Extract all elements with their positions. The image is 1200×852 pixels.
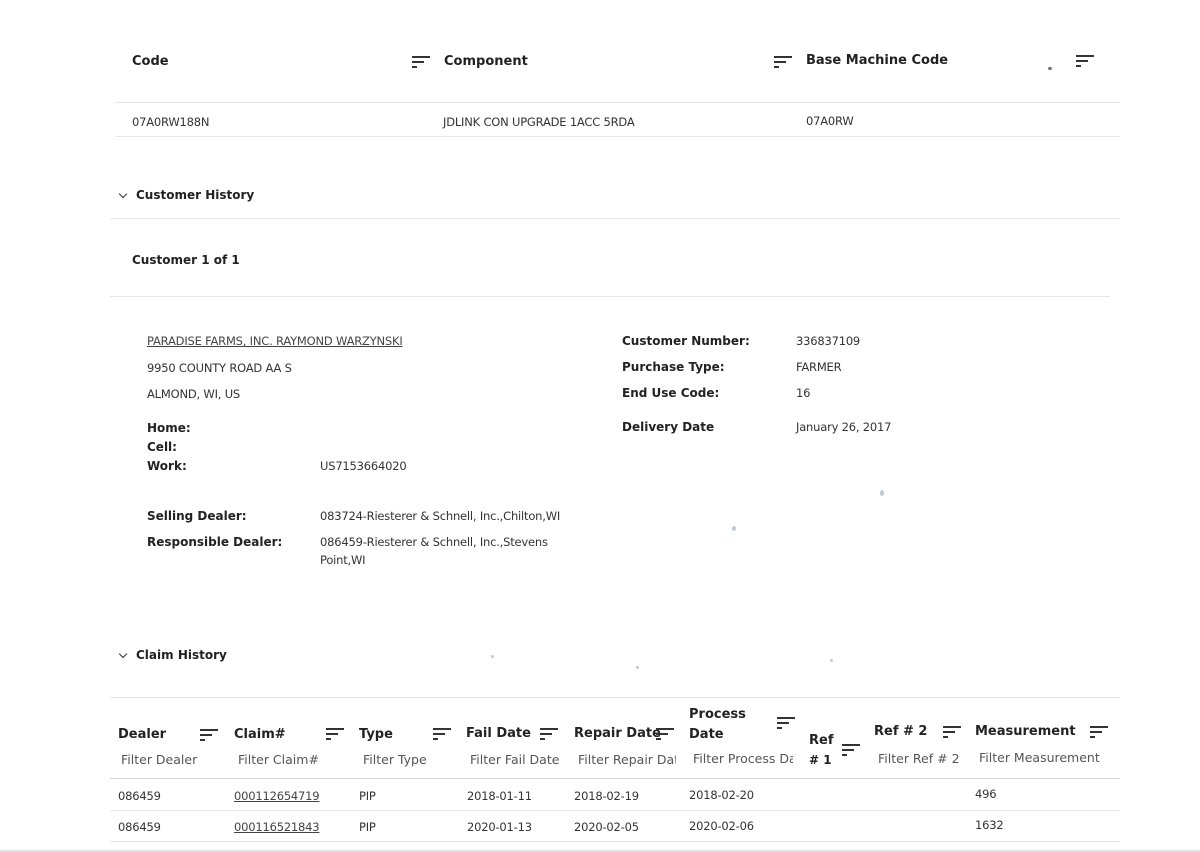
address-line-1: 9950 COUNTY ROAD AA S [147,361,292,375]
end-use-code-value: 16 [796,386,810,400]
filter-process-date-input[interactable]: Filter Process Date [693,751,793,766]
scan-speck [1048,67,1052,70]
cell-type: PIP [359,820,376,834]
sort-icon[interactable] [200,728,218,742]
sort-icon[interactable] [656,727,674,741]
responsible-dealer-value-line2: Point,WI [320,553,365,567]
filter-measurement-input[interactable]: Filter Measurement [979,750,1107,765]
cell-measurement: 496 [975,787,996,801]
column-header-code[interactable]: Code [132,54,169,69]
sort-icon[interactable] [326,727,344,741]
divider [110,841,1120,842]
column-header-fail-date[interactable]: Fail Date [466,726,531,741]
divider [115,136,1120,137]
cell-dealer: 086459 [118,820,161,834]
sort-icon[interactable] [433,727,451,741]
cell-code: 07A0RW188N [132,115,209,129]
customer-name-link[interactable]: PARADISE FARMS, INC. RAYMOND WARZYNSKI [147,334,403,348]
sort-icon[interactable] [774,55,792,69]
scan-speck [636,666,639,669]
column-header-base-machine-code[interactable]: Base Machine Code [806,53,948,68]
phone-cell-label: Cell: [147,440,177,454]
column-header-ref2[interactable]: Ref # 2 [874,724,927,739]
column-header-process-date-line1[interactable]: Process [689,707,746,722]
sort-icon[interactable] [412,55,430,69]
selling-dealer-label: Selling Dealer: [147,509,247,523]
responsible-dealer-value-line1: 086459-Riesterer & Schnell, Inc.,Stevens [320,535,548,549]
scan-speck [491,655,494,658]
cell-repair-date: 2018-02-19 [574,789,639,803]
address-line-2: ALMOND, WI, US [147,387,240,401]
column-header-type[interactable]: Type [359,727,393,742]
section-title-claim-history[interactable]: Claim History [136,648,227,662]
filter-claim-input[interactable]: Filter Claim# [238,752,338,767]
column-header-component[interactable]: Component [444,54,528,69]
filter-repair-date-input[interactable]: Filter Repair Date [578,752,676,767]
divider [110,218,1120,219]
delivery-date-label: Delivery Date [622,420,714,434]
phone-work-label: Work: [147,459,187,473]
sort-icon[interactable] [1076,54,1094,68]
chevron-down-icon[interactable] [118,191,128,201]
selling-dealer-value: 083724-Riesterer & Schnell, Inc.,Chilton… [320,509,560,523]
column-header-dealer[interactable]: Dealer [118,727,166,742]
section-title-customer-history[interactable]: Customer History [136,188,254,202]
sort-icon[interactable] [1090,725,1108,739]
column-header-repair-date[interactable]: Repair Date [574,726,661,741]
sort-icon[interactable] [842,743,860,757]
filter-dealer-input[interactable]: Filter Dealer [121,752,221,767]
customer-number-value: 336837109 [796,334,860,348]
phone-home-label: Home: [147,421,191,435]
cell-fail-date: 2020-01-13 [467,820,532,834]
scan-speck [830,659,833,662]
purchase-type-label: Purchase Type: [622,360,725,374]
column-header-process-date-line2[interactable]: Date [689,727,724,742]
end-use-code-label: End Use Code: [622,386,719,400]
sort-icon[interactable] [777,716,795,730]
column-header-measurement[interactable]: Measurement [975,724,1076,739]
filter-fail-date-input[interactable]: Filter Fail Date [470,752,560,767]
cell-process-date: 2018-02-20 [689,788,754,802]
divider [110,296,1110,297]
cell-dealer: 086459 [118,789,161,803]
phone-work-value: US7153664020 [320,459,406,473]
responsible-dealer-label: Responsible Dealer: [147,535,282,549]
cell-fail-date: 2018-01-11 [467,789,532,803]
page: Code Component Base Machine Code 07A0RW1… [0,0,1200,852]
sort-icon[interactable] [943,725,961,739]
purchase-type-value: FARMER [796,360,841,374]
cell-component: JDLINK CON UPGRADE 1ACC 5RDA [443,115,635,129]
divider [115,102,1120,103]
column-header-claim[interactable]: Claim# [234,727,286,742]
chevron-down-icon[interactable] [118,651,128,661]
divider [110,810,1120,811]
cell-base-machine-code: 07A0RW [806,114,854,128]
sort-icon[interactable] [540,727,558,741]
cell-measurement: 1632 [975,818,1003,832]
cell-claim-link[interactable]: 000116521843 [234,820,319,834]
scan-speck [732,526,736,531]
divider [110,778,1120,779]
divider [110,697,1120,698]
column-header-ref1-line2[interactable]: # 1 [809,753,832,767]
customer-pager: Customer 1 of 1 [132,253,240,267]
cell-process-date: 2020-02-06 [689,819,754,833]
cell-repair-date: 2020-02-05 [574,820,639,834]
cell-type: PIP [359,789,376,803]
scan-speck [880,490,884,496]
delivery-date-value: January 26, 2017 [796,420,891,434]
cell-claim-link[interactable]: 000112654719 [234,789,319,803]
column-header-ref1-line1[interactable]: Ref [809,733,833,748]
customer-number-label: Customer Number: [622,334,750,348]
filter-type-input[interactable]: Filter Type [363,752,453,767]
filter-ref2-input[interactable]: Filter Ref # 2 [878,751,964,766]
